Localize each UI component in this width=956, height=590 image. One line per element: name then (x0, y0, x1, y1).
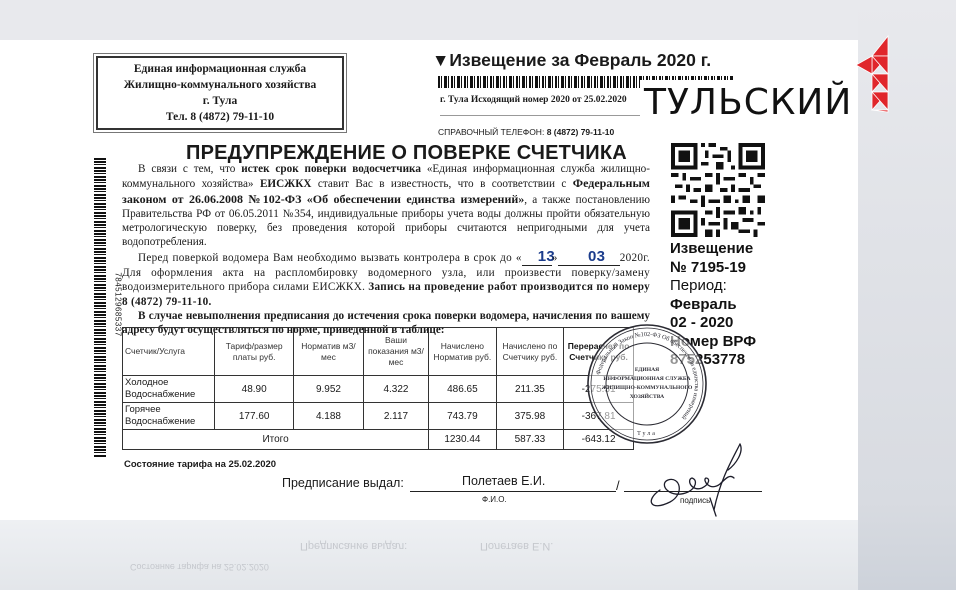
organization-stamp-icon: Федеральный Закон №102-ФЗ Об обеспечении… (586, 323, 708, 445)
cell-service: Холодное Водоснабжение (123, 376, 215, 403)
text-bold: ЕИСЖКХ (260, 178, 312, 190)
text-bold: истек срок поверки водосчетчика (241, 163, 421, 175)
period-label: Период: (670, 277, 756, 296)
svg-text:ИНФОРМАЦИОННАЯ СЛУЖБА: ИНФОРМАЦИОННАЯ СЛУЖБА (603, 376, 690, 382)
table-row: Холодное Водоснабжение 48.90 9.952 4.322… (123, 376, 634, 403)
reference-phone-label: СПРАВОЧНЫЙ ТЕЛЕФОН: (438, 127, 544, 137)
table-row: Горячее Водоснабжение 177.60 4.188 2.117… (123, 403, 634, 430)
reference-phone-value: 8 (4872) 79-11-10 (547, 127, 615, 137)
total-charged-norm: 1230.44 (429, 430, 497, 450)
document-reflection: Предписание выдал: Полетаев Е.И. Состоян… (0, 520, 858, 590)
reflection-text: Предписание выдал: (300, 540, 407, 552)
svg-text:ХОЗЯЙСТВА: ХОЗЯЙСТВА (630, 392, 664, 400)
cell-charged-norm: 486.65 (429, 376, 497, 403)
tariff-date: Состояние тарифа на 25.02.2020 (124, 459, 276, 470)
cell-tariff: 48.90 (215, 376, 294, 403)
org-line: г. Тула (98, 93, 342, 109)
col-service: Счетчик/Услуга (123, 328, 215, 376)
name-line (410, 491, 616, 492)
svg-text:Тула: Тула (637, 431, 657, 437)
col-charged-norm: Начислено Норматив руб. (429, 328, 497, 376)
reflection-text: Состояние тарифа на 25.02.2020 (130, 562, 269, 572)
cell-service: Горячее Водоснабжение (123, 403, 215, 430)
col-readings: Ваши показания м3/мес (363, 328, 428, 376)
col-norm: Норматив м3/мес (294, 328, 364, 376)
brand-name: ТУЛЬСКИЙ (640, 80, 856, 126)
cell-charged-meter: 375.98 (496, 403, 564, 430)
reflection-text: Полетаев Е.И. (480, 540, 553, 552)
issuer-name: Полетаев Е.И. (462, 474, 545, 488)
text: Перед поверкой водомера Вам необходимо в… (138, 252, 522, 264)
svg-text:ЖИЛИЩНО-КОММУНАЛЬНОГО: ЖИЛИЩНО-КОММУНАЛЬНОГО (602, 385, 693, 391)
fio-caption: Ф.И.О. (482, 495, 507, 504)
notice-number: № 7195-19 (670, 259, 756, 278)
organization-box: Единая информационная служба Жилищно-ком… (96, 56, 344, 130)
notice-title: ▼Извещение за Февраль 2020 г. (432, 50, 711, 71)
total-charged-meter: 587.33 (496, 430, 564, 450)
table-header-row: Счетчик/Услуга Тариф/размер платы руб. Н… (123, 328, 634, 376)
red-triangle-1-logo-icon (852, 34, 902, 114)
text: В связи с тем, что (138, 163, 241, 175)
org-phone: Тел. 8 (4872) 79-11-10 (98, 109, 342, 125)
paragraph-2: Перед поверкой водомера Вам необходимо в… (122, 250, 650, 309)
notice-body: В связи с тем, что истек срок поверки во… (122, 162, 650, 338)
total-label: Итого (123, 430, 429, 450)
handwritten-signature-icon (640, 440, 770, 520)
col-tariff: Тариф/размер платы руб. (215, 328, 294, 376)
tariff-table: Счетчик/Услуга Тариф/размер платы руб. Н… (122, 327, 634, 450)
issued-by-label: Предписание выдал: (282, 476, 404, 490)
col-charged-meter: Начислено по Счетчику руб. (496, 328, 564, 376)
cell-charged-meter: 211.35 (496, 376, 564, 403)
cell-tariff: 177.60 (215, 403, 294, 430)
svg-text:ЕДИНАЯ: ЕДИНАЯ (635, 367, 659, 373)
org-line: Жилищно-коммунального хозяйства (98, 77, 342, 93)
reference-phone: СПРАВОЧНЫЙ ТЕЛЕФОН: 8 (4872) 79-11-10 (438, 127, 614, 137)
cell-norm: 9.952 (294, 376, 364, 403)
text: ставит Вас в известность, что в соответс… (311, 178, 572, 190)
period-month: Февраль (670, 296, 756, 315)
cell-readings: 4.322 (363, 376, 428, 403)
cell-readings: 2.117 (363, 403, 428, 430)
deadline-month: 03 (588, 248, 605, 265)
vertical-barcode (94, 158, 106, 458)
paragraph-1: В связи с тем, что истек срок поверки во… (122, 162, 650, 250)
cell-norm: 4.188 (294, 403, 364, 430)
notice-label: Извещение (670, 240, 756, 259)
cell-charged-norm: 743.79 (429, 403, 497, 430)
table-total-row: Итого 1230.44 587.33 -643.12 (123, 430, 634, 450)
outgoing-number: г. Тула Исходящий номер 2020 от 25.02.20… (440, 95, 627, 105)
separator-slash: / (616, 478, 620, 493)
qr-code-icon (670, 143, 766, 237)
deadline-day-field: 13 (522, 250, 552, 266)
org-line: Единая информационная служба (98, 61, 342, 77)
deadline-month-field: 03 (558, 250, 620, 266)
